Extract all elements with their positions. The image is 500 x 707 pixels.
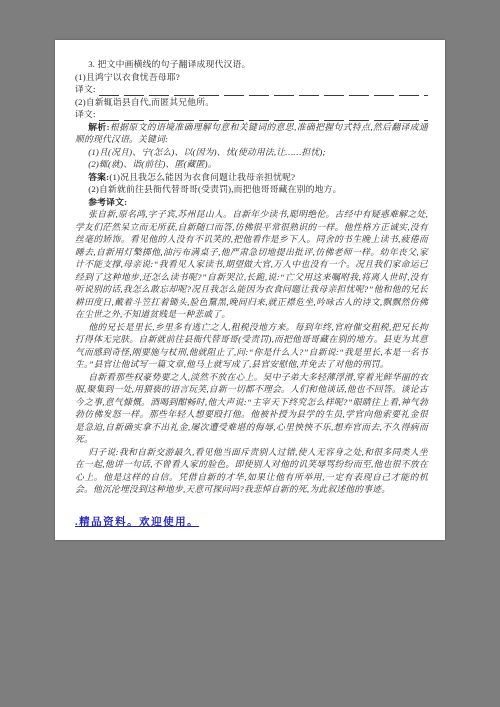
question-stem: 3. 把文中画横线的句子翻译成现代汉语。 <box>75 58 428 71</box>
translation-label-1: 译文: <box>75 83 96 96</box>
question-number: 3. <box>88 59 95 69</box>
translation-line-2: 译文: <box>75 108 428 121</box>
document-content: 3. 把文中画横线的句子翻译成现代汉语。 (1)且鸿宁以衣食忧吾母耶? 译文: … <box>75 58 428 496</box>
translation-line-1: 译文: <box>75 83 428 96</box>
reference-paragraph-3: 自新看那些权豪势要之人,淡然不放在心上。吴中子弟大多轻薄浮滑,穿着光鲜华丽的衣服… <box>75 371 428 446</box>
sub-question-2: (2)自新辄诣县自代,而匿其兄他所。 <box>75 96 428 109</box>
reference-paragraph-1: 张自新,原名鸿,字子宾,苏州昆山人。自新年少读书,聪明绝伦。古经中有疑惑难解之处… <box>75 208 428 321</box>
sub-question-2-text: 自新辄诣县自代,而匿其兄他所。 <box>86 97 214 107</box>
answer-blank-2 <box>99 108 428 121</box>
answer-label: 答案: <box>88 172 109 182</box>
key-point-1: (1)且(况且)、宁(怎么)、以(因为)、忧(使动用法,让……担忧); <box>75 146 428 159</box>
answer-line-1: 答案:(1)况且我怎么能因为衣食问题让我母亲担忧呢? <box>75 171 428 184</box>
answer-blank-1 <box>99 83 428 96</box>
key-point-2: (2)辄(就)、诣(前往)、匿(藏匿)。 <box>75 158 428 171</box>
sub-question-1: (1)且鸿宁以衣食忧吾母耶? <box>75 71 428 84</box>
answer-line-2: (2)自新就前往县衙代替哥哥(受责罚),而把他哥哥藏在别的地方。 <box>75 183 428 196</box>
reference-heading: 参考译文: <box>75 196 428 209</box>
analysis-label: 解析: <box>88 122 110 132</box>
reference-paragraph-4: 归子说:我和自新交游最久,看见他当面斥责别人过错,使人无容身之处,和很多同类人坐… <box>75 446 428 496</box>
question-stem-text: 把文中画横线的句子翻译成现代汉语。 <box>98 59 251 69</box>
promo-link[interactable]: .精品资料。欢迎使用。 <box>75 514 199 529</box>
analysis-text: 根据原文的语境准确理解句意和关键词的意思,准确把握句式特点,然后翻译成通顺的现代… <box>75 122 428 145</box>
analysis-paragraph: 解析:根据原文的语境准确理解句意和关键词的意思,准确把握句式特点,然后翻译成通顺… <box>75 121 428 146</box>
translation-label-2: 译文: <box>75 108 96 121</box>
document-page: 3. 把文中画横线的句子翻译成现代汉语。 (1)且鸿宁以衣食忧吾母耶? 译文: … <box>55 40 445 540</box>
sub-question-1-text: 且鸿宁以衣食忧吾母耶? <box>86 72 180 82</box>
sub-question-2-label: (2) <box>75 97 86 107</box>
answer-1-text: (1)况且我怎么能因为衣食问题让我母亲担忧呢? <box>109 172 295 182</box>
sub-question-1-label: (1) <box>75 72 86 82</box>
reference-label: 参考译文: <box>88 197 127 207</box>
reference-paragraph-2: 他的兄长是里长,乡里多有逃亡之人,租税没地方来。每到年终,官府催交租税,把兄长拘… <box>75 321 428 371</box>
